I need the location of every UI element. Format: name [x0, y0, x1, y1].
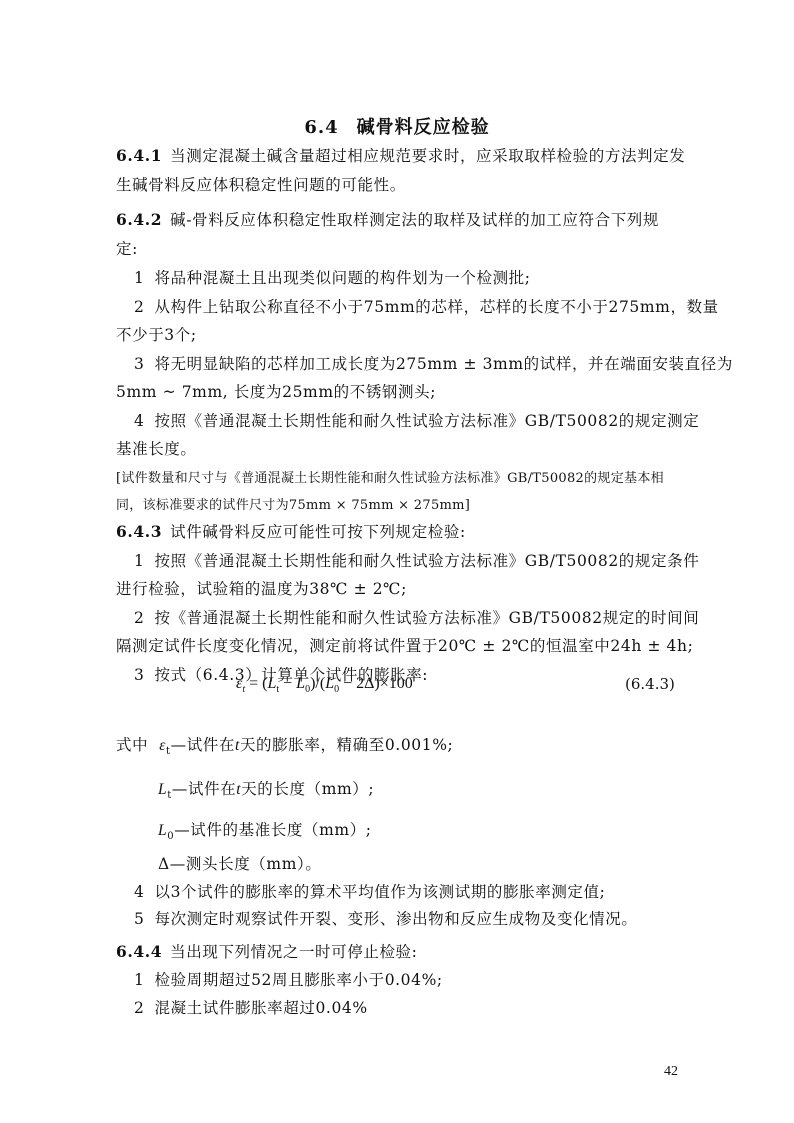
list-item-cont: 5mm ~ 7mm, 长度为25mm的不锈钢测头; [116, 380, 436, 402]
list-item-cont: 基准长度。 [116, 437, 197, 459]
list-item-cont: 不少于3个; [116, 323, 197, 345]
document-page: 6.4碱骨料反应检验 6.4.1当测定混凝土碱含量超过相应规范要求时，应采取取样… [0, 0, 794, 1123]
explanatory-note-cont: 同，该标准要求的试件尺寸为75mm × 75mm × 275mm] [116, 494, 470, 513]
list-item: 2混凝土试件膨胀率超过0.04% [134, 996, 368, 1018]
definition-l0: L0—试件的基准长度（mm）; [158, 818, 372, 842]
definition-lt: Lt—试件在t天的长度（mm）; [158, 777, 374, 801]
clause-text-cont: 生碱骨料反应体积稳定性问题的可能性。 [116, 173, 406, 195]
clause-number: 6.4.1 [116, 146, 162, 165]
equation-number: (6.4.3) [625, 675, 675, 693]
section-number: 6.4 [304, 117, 338, 138]
clause-number: 6.4.3 [116, 522, 162, 541]
section-title: 6.4碱骨料反应检验 [0, 113, 794, 139]
clause-text: 当出现下列情况之一时可停止检验: [170, 943, 417, 961]
list-item: 1按照《普通混凝土长期性能和耐久性试验方法标准》GB/T50082的规定条件 [134, 549, 699, 571]
clause-number: 6.4.4 [116, 942, 162, 961]
clause-6-4-3: 6.4.3试件碱骨料反应可能性可按下列规定检验: [116, 520, 466, 542]
list-item: 4以3个试件的膨胀率的算术平均值作为该测试期的膨胀率测定值; [134, 880, 605, 902]
clause-6-4-2: 6.4.2碱-骨料反应体积稳定性取样测定法的取样及试样的加工应符合下列规 [116, 208, 659, 230]
clause-6-4-4: 6.4.4当出现下列情况之一时可停止检验: [116, 940, 417, 962]
list-item: 5每次测定时观察试件开裂、变形、渗出物和反应生成物及变化情况。 [134, 907, 637, 929]
list-item-cont: 进行检验，试验箱的温度为38℃ ± 2℃; [116, 577, 407, 599]
list-item: 3将无明显缺陷的芯样加工成长度为275mm ± 3mm的试样，并在端面安装直径为 [134, 352, 733, 374]
list-item: 4按照《普通混凝土长期性能和耐久性试验方法标准》GB/T50082的规定测定 [134, 409, 699, 431]
page-number: 42 [664, 1064, 678, 1080]
list-item: 1检验周期超过52周且膨胀率小于0.04%; [134, 968, 443, 990]
definition-delta: Δ—测头长度（mm）。 [158, 852, 321, 874]
list-item: 1将品种混凝土且出现类似问题的构件划为一个检测批; [134, 266, 531, 288]
clause-6-4-1: 6.4.1当测定混凝土碱含量超过相应规范要求时，应采取取样检验的方法判定发 [116, 144, 685, 166]
list-item: 2从构件上钻取公称直径不小于75mm的芯样，芯样的长度不小于275mm，数量 [134, 295, 719, 317]
list-item: 2按《普通混凝土长期性能和耐久性试验方法标准》GB/T50082规定的时间间 [134, 606, 699, 628]
where-label: 式中 [116, 736, 148, 754]
section-heading: 碱骨料反应检验 [357, 117, 490, 138]
explanatory-note: [试件数量和尺寸与《普通混凝土长期性能和耐久性试验方法标准》GB/T50082的… [116, 467, 664, 486]
clause-text-cont: 定: [116, 237, 138, 259]
clause-text: 当测定混凝土碱含量超过相应规范要求时，应采取取样检验的方法判定发 [170, 147, 685, 165]
list-item-cont: 隔测定试件长度变化情况，测定前将试件置于20℃ ± 2℃的恒温室中24h ± 4… [116, 634, 693, 656]
formula-expansion-rate: εt = (Lt − L0)/(L0 − 2Δ)×100 [236, 675, 413, 695]
definition-epsilon: 式中 εt—试件在t天的膨胀率，精确至0.001%; [116, 733, 453, 757]
clause-text: 碱-骨料反应体积稳定性取样测定法的取样及试样的加工应符合下列规 [170, 211, 659, 229]
clause-text: 试件碱骨料反应可能性可按下列规定检验: [170, 523, 466, 541]
clause-number: 6.4.2 [116, 210, 162, 229]
